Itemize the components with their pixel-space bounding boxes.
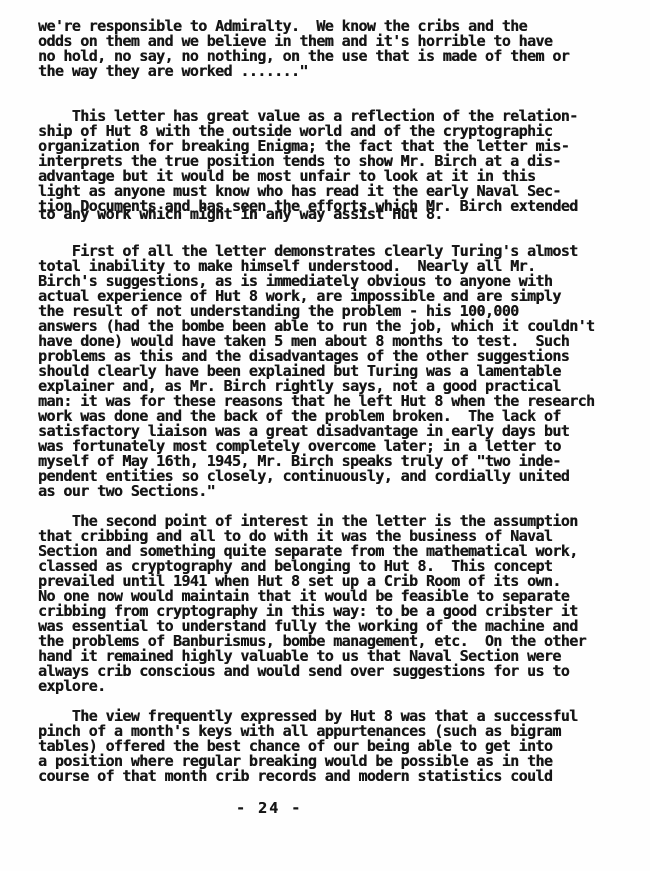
page-number: - 24 - [236, 801, 302, 816]
paragraph: we're responsible to Admiralty. We know … [38, 19, 640, 79]
text-line: course of that month crib records and mo… [38, 769, 640, 784]
text-line: as our two Sections." [38, 484, 640, 499]
text-line: to any work which might in any way assis… [38, 207, 640, 222]
paragraph: First of all the letter demonstrates cle… [38, 244, 640, 499]
text-line: explore. [38, 679, 640, 694]
paragraph: This letter has great value as a reflect… [38, 109, 640, 229]
document-page: we're responsible to Admiralty. We know … [0, 0, 650, 871]
text-line: the way they are worked ......." [38, 64, 640, 79]
text-line: always crib conscious and would send ove… [38, 664, 640, 679]
paragraph: The second point of interest in the lett… [38, 514, 640, 694]
document-body: we're responsible to Admiralty. We know … [38, 19, 640, 784]
paragraph: The view frequently expressed by Hut 8 w… [38, 709, 640, 784]
